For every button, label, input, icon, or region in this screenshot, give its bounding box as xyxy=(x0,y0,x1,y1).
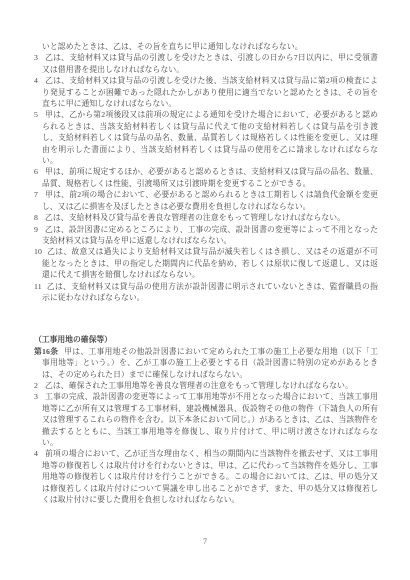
clause-number: 11 xyxy=(34,282,42,291)
article-16-label: 第16条 xyxy=(34,347,58,356)
clause-text: 乙は、支給材料又は貸与品の使用方法が設計図書に明示されていないときは、監督職員の… xyxy=(42,282,378,302)
clause-16-4: 4前項の場合において、乙が正当な理由なく、相当の期間内に当該物件を撤去せず、又は… xyxy=(34,448,378,505)
clause-number: 9 xyxy=(34,225,38,234)
clause-number: 3 xyxy=(34,53,38,62)
clause-15-6: 6甲は、前項に規定するほか、必要があると認めるときは、支給材料又は貸与品の品名、… xyxy=(34,166,378,189)
clause-15-10: 10乙は、故意又は過失により支給材料又は貸与品が滅失若しくはき損し、又はその返還… xyxy=(34,246,378,280)
section-heading-construction-site: （工事用地の確保等） xyxy=(34,334,378,345)
article-16: 第16条甲は、工事用地その他設計図書において定められた工事の施工上必要な用地（以… xyxy=(34,346,378,380)
clause-15-7: 7甲は、前2項の場合において、必要があると認められるときは工期若しくは請負代金額… xyxy=(34,189,378,212)
clause-text: 乙は、支給材料又は貸与品の引渡しを受けたときは、引渡しの日から7日以内に、甲に受… xyxy=(42,53,378,73)
paragraph-continuation: いと認めたときは、乙は、その旨を直ちに甲に通知しなければならない。 xyxy=(34,41,378,52)
clause-number: 10 xyxy=(34,247,42,256)
article-16-text: 甲は、工事用地その他設計図書において定められた工事の施工上必要な用地（以下「工事… xyxy=(42,347,378,379)
clause-number: 7 xyxy=(34,190,38,199)
document-page: いと認めたときは、乙は、その旨を直ちに甲に通知しなければならない。 3乙は、支給… xyxy=(0,0,410,580)
clause-16-2: 2乙は、確保された工事用地等を善良な管理者の注意をもって管理しなければならない。 xyxy=(34,380,378,391)
clause-number: 4 xyxy=(34,76,38,85)
clause-text: 乙は、確保された工事用地等を善良な管理者の注意をもって管理しなければならない。 xyxy=(45,381,353,390)
clause-number: 4 xyxy=(34,449,38,458)
clause-15-3: 3乙は、支給材料又は貸与品の引渡しを受けたときは、引渡しの日から7日以内に、甲に… xyxy=(34,52,378,75)
clause-number: 3 xyxy=(34,392,38,401)
clause-15-11: 11乙は、支給材料又は貸与品の使用方法が設計図書に明示されていないときは、監督職… xyxy=(34,281,378,304)
clause-text: 乙は、設計図書に定めるところにより、工事の完成、設計図書の変更等によって不用とな… xyxy=(42,225,378,245)
clause-number: 5 xyxy=(34,110,38,119)
clause-15-5: 5甲は、乙から第2項後段又は前項の規定による通知を受けた場合において、必要がある… xyxy=(34,109,378,166)
clause-text: 前項の場合において、乙が正当な理由なく、相当の期間内に当該物件を撤去せず、又は工… xyxy=(42,449,378,504)
clause-15-4: 4乙は、支給材料又は貸与品の引渡しを受けた後、当該支給材料又は貸与品に第2項の検… xyxy=(34,75,378,109)
clause-text: 工事の完成、設計図書の変更等によって工事用地等が不用となった場合において、当該工… xyxy=(42,392,378,447)
clause-15-9: 9乙は、設計図書に定めるところにより、工事の完成、設計図書の変更等によって不用と… xyxy=(34,224,378,247)
clause-16-3: 3工事の完成、設計図書の変更等によって工事用地等が不用となった場合において、当該… xyxy=(34,391,378,448)
clause-number: 8 xyxy=(34,213,38,222)
clause-number: 2 xyxy=(34,381,38,390)
clause-number: 6 xyxy=(34,167,38,176)
clause-15-8: 8乙は、支給材料及び貸与品を善良な管理者の注意をもって管理しなければならない。 xyxy=(34,212,378,223)
clause-text: 甲は、前項に規定するほか、必要があると認めるときは、支給材料又は貸与品の品名、数… xyxy=(42,167,378,187)
clause-text: 乙は、支給材料又は貸与品の引渡しを受けた後、当該支給材料又は貸与品に第2項の検査… xyxy=(42,76,378,108)
clause-text: 乙は、支給材料及び貸与品を善良な管理者の注意をもって管理しなければならない。 xyxy=(45,213,345,222)
page-number: 7 xyxy=(0,537,410,546)
clause-text: 甲は、前2項の場合において、必要があると認められるときは工期若しくは請負代金額を… xyxy=(42,190,378,210)
clause-text: 甲は、乙から第2項後段又は前項の規定による通知を受けた場合において、必要があると… xyxy=(42,110,378,165)
clause-text: 乙は、故意又は過失により支給材料又は貸与品が滅失若しくはき損し、又はその返還が不… xyxy=(42,247,378,279)
